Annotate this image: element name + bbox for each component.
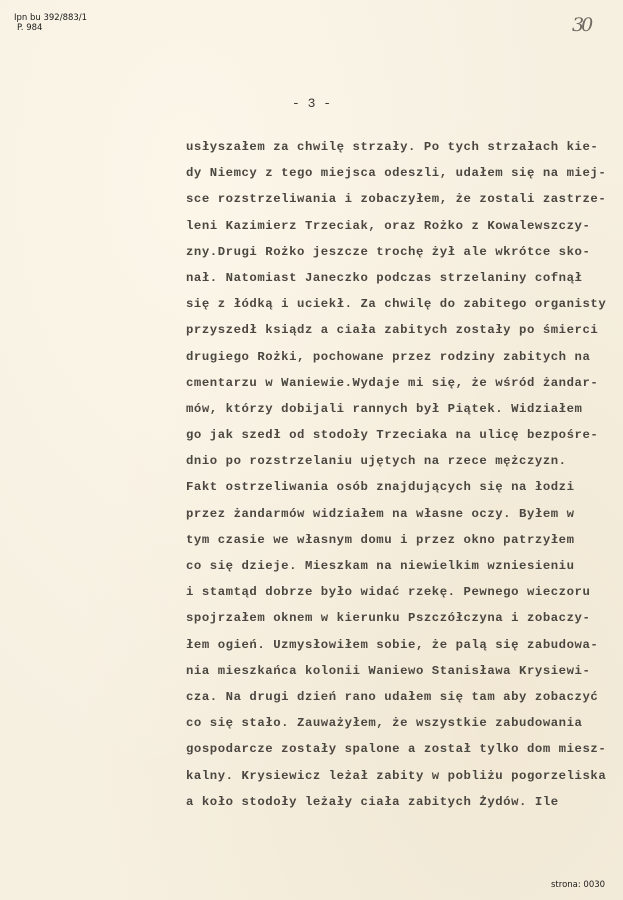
text-line: tym czasie we własnym domu i przez okno … xyxy=(186,527,606,553)
text-line: sce rozstrzeliwania i zobaczyłem, że zos… xyxy=(186,186,606,212)
text-line: mów, którzy dobijali rannych był Piątek.… xyxy=(186,396,606,422)
text-line: przez żandarmów widziałem na własne oczy… xyxy=(186,501,606,527)
page-counter: strona: 0030 xyxy=(551,880,605,890)
text-line: usłyszałem za chwilę strzały. Po tych st… xyxy=(186,134,606,160)
text-line: łem ogień. Uzmysłowiłem sobie, że palą s… xyxy=(186,632,606,658)
text-line: spojrzałem oknem w kierunku Pszczółczyna… xyxy=(186,605,606,631)
text-line: cmentarzu w Waniewie.Wydaje mi się, że w… xyxy=(186,370,606,396)
text-line: a koło stodoły leżały ciała zabitych Żyd… xyxy=(186,789,606,815)
text-line: leni Kazimierz Trzeciak, oraz Rożko z Ko… xyxy=(186,213,606,239)
text-line: gospodarcze zostały spalone a został tyl… xyxy=(186,736,606,762)
text-line: co się stało. Zauważyłem, że wszystkie z… xyxy=(186,710,606,736)
page-number: - 3 - xyxy=(0,96,623,111)
text-line: dnio po rozstrzelaniu ujętych na rzece m… xyxy=(186,448,606,474)
text-line: nia mieszkańca kolonii Waniewo Stanisław… xyxy=(186,658,606,684)
text-line: kalny. Krysiewicz leżał zabity w pobliżu… xyxy=(186,763,606,789)
archive-signature: Ipn bu 392/883/1 xyxy=(14,13,87,23)
text-line: Fakt ostrzeliwania osób znajdujących się… xyxy=(186,474,606,500)
text-line: przyszedł ksiądz a ciała zabitych został… xyxy=(186,317,606,343)
text-line: i stamtąd dobrze było widać rzekę. Pewne… xyxy=(186,579,606,605)
text-line: zny.Drugi Rożko jeszcze trochę żył ale w… xyxy=(186,239,606,265)
text-line: cza. Na drugi dzień rano udałem się tam … xyxy=(186,684,606,710)
archive-page-reference: P. 984 xyxy=(14,23,87,33)
archive-reference: Ipn bu 392/883/1 P. 984 xyxy=(14,13,87,33)
handwritten-folio-number: 30 xyxy=(572,14,590,36)
text-line: się z łódką i uciekł. Za chwilę do zabit… xyxy=(186,291,606,317)
text-line: dy Niemcy z tego miejsca odeszli, udałem… xyxy=(186,160,606,186)
text-line: drugiego Rożki, pochowane przez rodziny … xyxy=(186,344,606,370)
text-line: go jak szedł od stodoły Trzeciaka na uli… xyxy=(186,422,606,448)
text-line: co się dzieje. Mieszkam na niewielkim wz… xyxy=(186,553,606,579)
text-line: nał. Natomiast Janeczko podczas strzelan… xyxy=(186,265,606,291)
typewritten-body: usłyszałem za chwilę strzały. Po tych st… xyxy=(186,134,606,815)
